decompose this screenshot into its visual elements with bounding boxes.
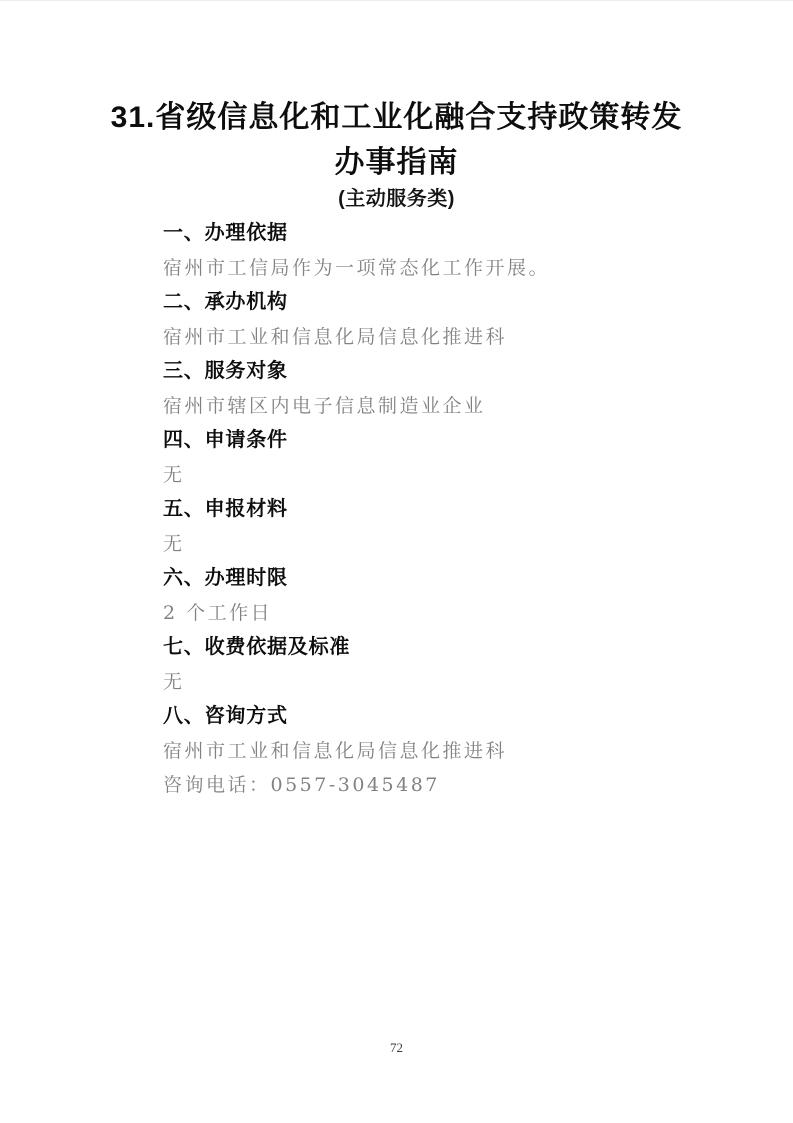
section-3-body: 宿州市辖区内电子信息制造业企业: [163, 389, 673, 424]
section-3-heading: 三、服务对象: [163, 354, 673, 389]
section-1-heading: 一、办理依据: [163, 216, 673, 251]
section-8-body-line1: 宿州市工业和信息化局信息化推进科: [163, 734, 673, 769]
section-2-heading: 二、承办机构: [163, 285, 673, 320]
section-7-heading: 七、收费依据及标准: [163, 630, 673, 665]
section-1-body: 宿州市工信局作为一项常态化工作开展。: [163, 251, 673, 286]
section-2-body: 宿州市工业和信息化局信息化推进科: [163, 320, 673, 355]
section-4-heading: 四、申请条件: [163, 423, 673, 458]
document-body: 一、办理依据 宿州市工信局作为一项常态化工作开展。 二、承办机构 宿州市工业和信…: [163, 216, 673, 803]
section-5-heading: 五、申报材料: [163, 492, 673, 527]
section-8-body-line2: 咨询电话：0557-3045487: [163, 768, 673, 803]
document-title-line2: 办事指南: [335, 146, 459, 179]
section-4-body: 无: [163, 458, 673, 493]
section-7-body: 无: [163, 665, 673, 700]
document-title: 31.省级信息化和工业化融合支持政策转发 办事指南: [0, 95, 793, 185]
section-6-heading: 六、办理时限: [163, 561, 673, 596]
section-8-heading: 八、咨询方式: [163, 699, 673, 734]
page-number: 72: [0, 1039, 793, 1057]
document-subtitle: (主动服务类): [0, 185, 793, 213]
document-title-line1: 31.省级信息化和工业化融合支持政策转发: [111, 101, 683, 134]
section-6-body: 2 个工作日: [163, 596, 673, 631]
section-5-body: 无: [163, 527, 673, 562]
document-page: 31.省级信息化和工业化融合支持政策转发 办事指南 (主动服务类) 一、办理依据…: [0, 0, 793, 1123]
